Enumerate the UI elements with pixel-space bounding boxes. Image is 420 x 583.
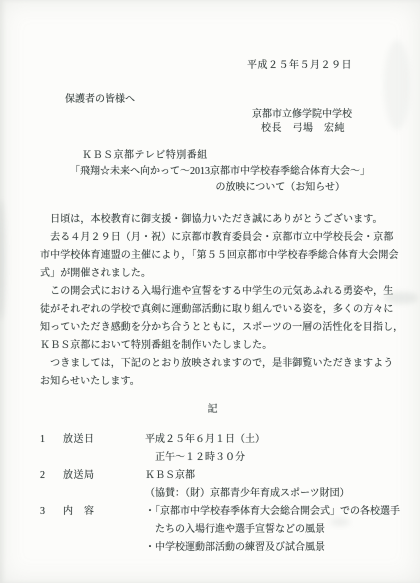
item-label: 放送局 — [63, 467, 145, 485]
document-page: 平成２５年５月２９日 保護者の皆様へ 京都市立修学院中学校 校長 弓場 宏純 Ｋ… — [0, 0, 420, 583]
item-value-line: （協賛：（財）京都青少年育成スポーツ財団） — [145, 485, 385, 503]
scan-smudge — [384, 40, 410, 130]
item-value-line: たちの入場行進や選手宣誓などの風景 — [145, 521, 400, 539]
body-line: 徒がそれぞれの学校で真剣に運動部活動に取り組んでいる姿を，多くの方々に — [40, 301, 385, 319]
item-number: 1 — [40, 431, 63, 449]
title-line-3: の放映について（お知らせ） — [40, 180, 385, 196]
item-value: ・「京都市中学校春季体育大会総合開会式」での各校選手 たちの入場行進や選手宣誓な… — [145, 503, 400, 557]
title-line-2: 「飛翔☆未来へ向かって～2013京都市中学校春季総合体育大会～」 — [70, 164, 385, 180]
list-item-broadcast-station: 2 放送局 ＫＢＳ京都 （協賛：（財）京都青少年育成スポーツ財団） — [40, 467, 385, 503]
item-value-line: ・中学校運動部活動の練習及び試合風景 — [145, 539, 400, 557]
body-line: 去る４月２９日（月・祝）に京都市教育委員会・京都市立中学校長会・京都 — [40, 229, 385, 247]
document-title: ＫＢＳ京都テレビ特別番組 「飛翔☆未来へ向かって～2013京都市中学校春季総合体… — [40, 148, 385, 196]
body-line: 市中学校体育連盟の主催により，「第５５回京都市中学校春季総合体育大会開会 — [40, 247, 385, 265]
item-value-line: 正午～１２時３０分 — [145, 449, 385, 467]
title-line-1: ＫＢＳ京都テレビ特別番組 — [82, 148, 385, 164]
body-paragraphs: 日頃は，本校教育に御支援・御協力いただき誠にありがとうございます。 去る４月２９… — [40, 211, 385, 391]
sender-school: 京都市立修学院中学校 — [40, 108, 385, 122]
sender-block: 京都市立修学院中学校 校長 弓場 宏純 — [40, 108, 385, 136]
item-value-line: ・「京都市中学校春季体育大会総合開会式」での各校選手 — [145, 503, 400, 521]
body-line: ＫＢＳ京都において特別番組を制作いたしました。 — [40, 337, 385, 355]
details-list: 1 放送日 平成２５年６月１日（土） 正午～１２時３０分 2 放送局 ＫＢＳ京都… — [40, 431, 385, 557]
recipient-line: 保護者の皆様へ — [65, 90, 385, 105]
body-line: お知らせいたします。 — [40, 373, 385, 391]
ki-marker: 記 — [40, 400, 385, 415]
item-value: 平成２５年６月１日（土） 正午～１２時３０分 — [145, 431, 385, 467]
item-value-line: 平成２５年６月１日（土） — [145, 431, 385, 449]
item-label: 放送日 — [63, 431, 145, 449]
body-line: 日頃は，本校教育に御支援・御協力いただき誠にありがとうございます。 — [40, 211, 385, 229]
body-line: 知っていただき感動を分かち合うとともに，スポーツの一層の活性化を目指し， — [40, 319, 385, 337]
scan-smudge — [0, 200, 6, 320]
item-value-line: ＫＢＳ京都 — [145, 467, 385, 485]
document-date: 平成２５年５月２９日 — [40, 56, 385, 71]
item-label: 内 容 — [63, 503, 145, 521]
item-value: ＫＢＳ京都 （協賛：（財）京都青少年育成スポーツ財団） — [145, 467, 385, 503]
item-number: 2 — [40, 467, 63, 485]
list-item-broadcast-date: 1 放送日 平成２５年６月１日（土） 正午～１２時３０分 — [40, 431, 385, 467]
sender-principal: 校長 弓場 宏純 — [40, 122, 385, 136]
list-item-contents: 3 内 容 ・「京都市中学校春季体育大会総合開会式」での各校選手 たちの入場行進… — [40, 503, 385, 557]
body-line: 式」が開催されました。 — [40, 265, 385, 283]
item-number: 3 — [40, 503, 63, 521]
body-line: つきましては，下記のとおり放映されますので，是非御覧いただきますよう — [40, 355, 385, 373]
body-line: この開会式における入場行進や宣誓をする中学生の元気あふれる勇姿や，生 — [40, 283, 385, 301]
